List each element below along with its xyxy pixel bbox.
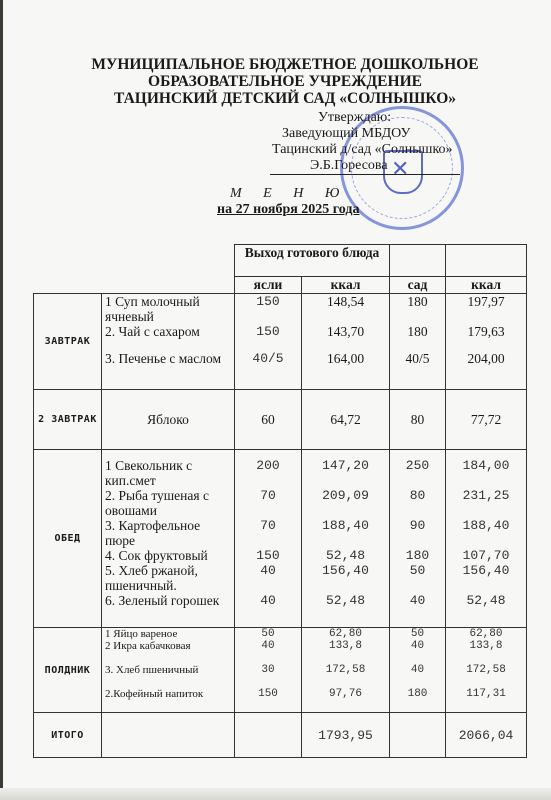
org-line-2: ОБРАЗОВАТЕЛЬНОЕ УЧРЕЖДЕНИЕ <box>60 73 510 90</box>
col-dish: 1 Суп молочный ячневый2. Чай с сахаром3.… <box>102 294 235 390</box>
value-cell: 197,97 <box>449 294 523 324</box>
value-cell: 150 <box>238 548 298 563</box>
dish-name: 1 Суп молочный ячневый <box>105 294 231 324</box>
approver-org: Тацинский д/сад «Солнышко» <box>270 142 510 158</box>
col-dish: Яблоко <box>102 390 235 450</box>
dish-name: 4. Сок фруктовый <box>105 548 231 563</box>
section-row: ПОЛДНИК1 Яйцо вареное2 Икра кабачковая3.… <box>34 628 527 713</box>
value-cell: 80 <box>393 488 442 518</box>
total-kcal-yasli: 1793,95 <box>302 713 390 758</box>
value-cell: 90 <box>393 518 442 548</box>
total-yasli-empty <box>235 713 302 758</box>
dish-name: 2.Кофейный напиток <box>105 688 231 712</box>
menu-title: М Е Н Ю <box>230 186 348 202</box>
meal-category: ОБЕД <box>34 450 102 628</box>
value-cell: 60 <box>238 412 298 427</box>
org-line-3: ТАЦИНСКИЙ ДЕТСКИЙ САД «СОЛНЫШКО» <box>60 90 510 107</box>
dish-name: 2 Икра кабачковая <box>105 640 231 664</box>
meal-category: 2 ЗАВТРАК <box>34 390 102 450</box>
value-cell: 62,80 <box>449 628 523 640</box>
value-cell: 40 <box>393 640 442 664</box>
menu-date: на 27 ноября 2025 года <box>217 202 360 218</box>
value-cell: 70 <box>238 518 298 548</box>
value-cell: 77,72 <box>449 412 523 427</box>
menu-table: Выход готового блюда ясли ккал сад ккал … <box>33 244 527 758</box>
organization-header: МУНИЦИПАЛЬНОЕ БЮДЖЕТНОЕ ДОШКОЛЬНОЕ ОБРАЗ… <box>60 56 510 107</box>
col-kcal1: 148,54143,70164,00 <box>302 294 390 390</box>
col-yasli: ясли <box>235 277 302 294</box>
total-sad-empty <box>390 713 446 758</box>
approval-block: Утверждаю: Заведующий МБДОУ Тацинский д/… <box>270 110 510 174</box>
dish-name: 3. Картофельное пюре <box>105 518 231 548</box>
page-edge <box>0 0 3 800</box>
value-cell: 204,00 <box>449 351 523 381</box>
output-header: Выход готового блюда <box>235 245 390 277</box>
approver-name: Э.Б.Горесова <box>270 158 510 174</box>
value-cell: 133,8 <box>449 640 523 664</box>
value-cell: 50 <box>393 563 442 593</box>
col-sad: сад <box>390 277 446 294</box>
value-cell: 179,63 <box>449 324 523 339</box>
value-cell: 70 <box>238 488 298 518</box>
col-yasli: 504030150 <box>235 628 302 713</box>
col-sad: 504040180 <box>390 628 446 713</box>
value-cell: 200 <box>238 458 298 488</box>
value-cell: 107,70 <box>449 548 523 563</box>
meal-category: ЗАВТРАК <box>34 294 102 390</box>
value-cell: 80 <box>393 412 442 427</box>
value-cell: 62,80 <box>305 628 386 640</box>
value-cell: 148,54 <box>305 294 386 324</box>
dish-name: 6. Зеленый горошек <box>105 593 231 623</box>
value-cell: 64,72 <box>305 412 386 427</box>
value-cell: 147,20 <box>305 458 386 488</box>
col-kcal2: 77,72 <box>446 390 527 450</box>
dish-name: Яблоко <box>105 412 231 427</box>
total-kcal-sad: 2066,04 <box>446 713 527 758</box>
value-cell: 231,25 <box>449 488 523 518</box>
value-cell: 50 <box>238 628 298 640</box>
value-cell: 30 <box>238 664 298 688</box>
section-row: ОБЕД1 Свекольник с кип.смет2. Рыба тушен… <box>34 450 527 628</box>
dish-name: 5. Хлеб ржаной, пшеничный. <box>105 563 231 593</box>
org-line-1: МУНИЦИПАЛЬНОЕ БЮДЖЕТНОЕ ДОШКОЛЬНОЕ <box>60 56 510 73</box>
page-bottom-edge <box>0 788 551 800</box>
value-cell: 133,8 <box>305 640 386 664</box>
col-sad: 25080901805040 <box>390 450 446 628</box>
value-cell: 180 <box>393 548 442 563</box>
value-cell: 117,31 <box>449 688 523 712</box>
value-cell: 52,48 <box>305 593 386 623</box>
value-cell: 40/5 <box>238 351 298 381</box>
total-dish-empty <box>102 713 235 758</box>
col-yasli: 20070701504040 <box>235 450 302 628</box>
value-cell: 172,58 <box>449 664 523 688</box>
value-cell: 180 <box>393 688 442 712</box>
section-row: ЗАВТРАК1 Суп молочный ячневый2. Чай с са… <box>34 294 527 390</box>
col-kcal2: 197,97179,63204,00 <box>446 294 527 390</box>
signature-line <box>270 174 460 175</box>
dish-name: 3. Хлеб пшеничный <box>105 664 231 688</box>
value-cell: 97,76 <box>305 688 386 712</box>
value-cell: 156,40 <box>305 563 386 593</box>
dish-name: 1 Яйцо вареное <box>105 628 231 640</box>
value-cell: 50 <box>393 628 442 640</box>
col-yasli: 60 <box>235 390 302 450</box>
value-cell: 209,09 <box>305 488 386 518</box>
value-cell: 40/5 <box>393 351 442 381</box>
dish-name: 1 Свекольник с кип.смет <box>105 458 231 488</box>
value-cell: 184,00 <box>449 458 523 488</box>
value-cell: 156,40 <box>449 563 523 593</box>
col-kcal2: 184,00231,25188,40107,70156,4052,48 <box>446 450 527 628</box>
header-row-top: Выход готового блюда <box>34 245 527 277</box>
dish-name: 2. Рыба тушеная с овошами <box>105 488 231 518</box>
value-cell: 150 <box>238 294 298 324</box>
col-dish: 1 Яйцо вареное2 Икра кабачковая3. Хлеб п… <box>102 628 235 713</box>
total-row: ИТОГО 1793,95 2066,04 <box>34 713 527 758</box>
value-cell: 40 <box>393 593 442 623</box>
value-cell: 150 <box>238 688 298 712</box>
col-kcal1: 64,72 <box>302 390 390 450</box>
section-row: 2 ЗАВТРАКЯблоко6064,728077,72 <box>34 390 527 450</box>
value-cell: 52,48 <box>449 593 523 623</box>
value-cell: 40 <box>238 563 298 593</box>
value-cell: 164,00 <box>305 351 386 381</box>
dish-name: 3. Печенье с маслом <box>105 351 231 381</box>
value-cell: 40 <box>238 640 298 664</box>
value-cell: 40 <box>238 593 298 623</box>
meal-category: ПОЛДНИК <box>34 628 102 713</box>
value-cell: 40 <box>393 664 442 688</box>
value-cell: 250 <box>393 458 442 488</box>
value-cell: 150 <box>238 324 298 339</box>
total-label: ИТОГО <box>34 713 102 758</box>
value-cell: 143,70 <box>305 324 386 339</box>
col-kcal-sad: ккал <box>446 277 527 294</box>
col-kcal-yasli: ккал <box>302 277 390 294</box>
value-cell: 172,58 <box>305 664 386 688</box>
col-kcal1: 147,20209,09188,4052,48156,4052,48 <box>302 450 390 628</box>
value-cell: 180 <box>393 294 442 324</box>
value-cell: 52,48 <box>305 548 386 563</box>
col-dish: 1 Свекольник с кип.смет2. Рыба тушеная с… <box>102 450 235 628</box>
col-kcal2: 62,80133,8172,58117,31 <box>446 628 527 713</box>
col-yasli: 15015040/5 <box>235 294 302 390</box>
col-kcal1: 62,80133,8172,5897,76 <box>302 628 390 713</box>
col-sad: 80 <box>390 390 446 450</box>
value-cell: 180 <box>393 324 442 339</box>
header-row-sub: ясли ккал сад ккал <box>34 277 527 294</box>
dish-name: 2. Чай с сахаром <box>105 324 231 339</box>
approver-position: Заведующий МБДОУ <box>270 126 510 142</box>
approve-label: Утверждаю: <box>270 110 510 126</box>
value-cell: 188,40 <box>305 518 386 548</box>
col-sad: 18018040/5 <box>390 294 446 390</box>
value-cell: 188,40 <box>449 518 523 548</box>
